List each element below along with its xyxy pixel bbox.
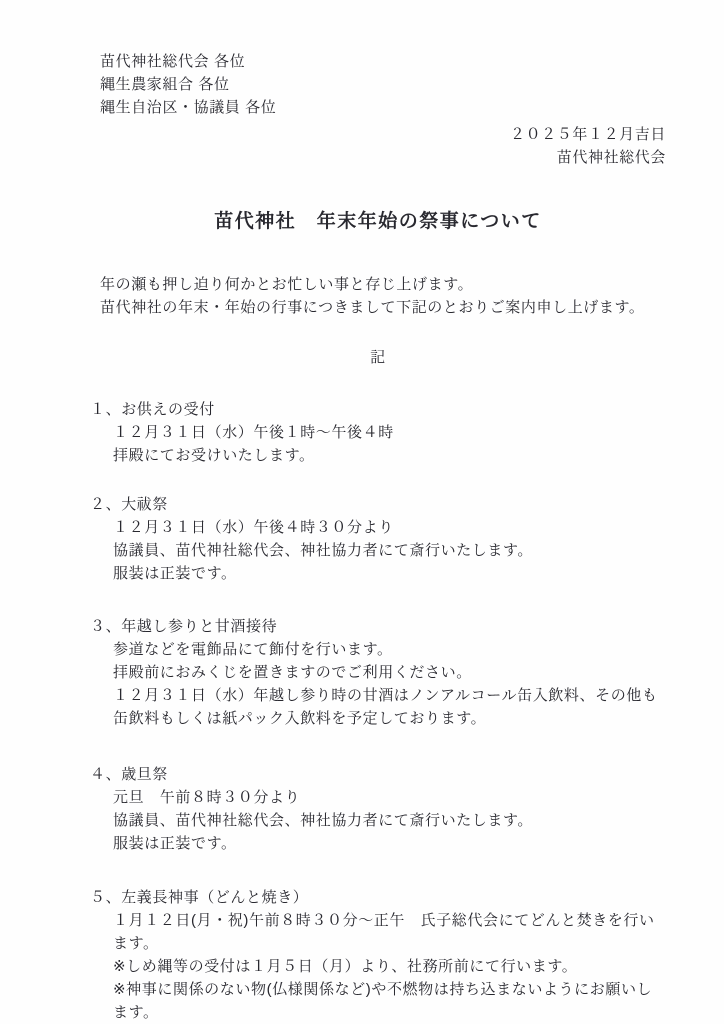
section-new-years-eve-visit: ３、年越し参りと甘酒接待 参道などを電飾品にて飾付を行います。 拝殿前におみくじ… <box>90 615 666 730</box>
section-body-line: 服装は正装です。 <box>113 832 666 855</box>
section-heading: ３、年越し参りと甘酒接待 <box>90 615 666 638</box>
section-heading: ４、歳旦祭 <box>90 763 666 786</box>
section-body-line: 元旦 午前８時３０分より <box>113 786 666 809</box>
section-sagicho-shinji: ５、左義長神事（どんと焼き） １月１２日(月・祝)午前８時３０分〜正午 氏子総代… <box>90 886 666 1024</box>
section-heading: ２、大祓祭 <box>90 493 666 516</box>
section-body-line: 協議員、苗代神社総代会、神社協力者にて斎行いたします。 <box>113 809 666 832</box>
section-body-line: ※しめ縄等の受付は１月５日（月）より、社務所前にて行います。 <box>113 955 666 978</box>
section-body-line: 拝殿にてお受けいたします。 <box>113 444 666 467</box>
document-title: 苗代神社 年末年始の祭事について <box>90 209 666 235</box>
recipient-list: 苗代神社総代会 各位 縄生農家組合 各位 縄生自治区・協議員 各位 <box>100 50 666 119</box>
section-oharae-festival: ２、大祓祭 １２月３１日（水）午後４時３０分より 協議員、苗代神社総代会、神社協… <box>90 493 666 585</box>
record-marker: 記 <box>90 346 666 369</box>
section-offering-reception: １、お供えの受付 １２月３１日（水）午後１時〜午後４時 拝殿にてお受けいたします… <box>90 398 666 467</box>
section-body-line: ※神事に関係のない物(仏様関係など)や不燃物は持ち込まないようにお願いします。 <box>113 978 666 1024</box>
section-saitan-festival: ４、歳旦祭 元旦 午前８時３０分より 協議員、苗代神社総代会、神社協力者にて斎行… <box>90 763 666 855</box>
section-heading: １、お供えの受付 <box>90 398 666 421</box>
date-sender-block: ２０２５年１２月吉日 苗代神社総代会 <box>90 123 666 169</box>
document-page: 苗代神社総代会 各位 縄生農家組合 各位 縄生自治区・協議員 各位 ２０２５年１… <box>0 0 724 1024</box>
intro-line: 苗代神社の年末・年始の行事につきまして下記のとおりご案内申し上げます。 <box>100 296 666 319</box>
recipient-line: 縄生自治区・協議員 各位 <box>100 96 666 119</box>
section-body-line: １２月３１日（水）年越し参り時の甘酒はノンアルコール缶入飲料、その他も <box>113 684 666 707</box>
recipient-line: 苗代神社総代会 各位 <box>100 50 666 73</box>
section-body-line: １２月３１日（水）午後４時３０分より <box>113 516 666 539</box>
document-sender: 苗代神社総代会 <box>90 146 666 169</box>
section-body-line: 缶飲料もしくは紙パック入飲料を予定しております。 <box>113 707 666 730</box>
intro-paragraph: 年の瀬も押し迫り何かとお忙しい事と存じ上げます。 苗代神社の年末・年始の行事につ… <box>100 273 666 319</box>
section-body-line: １２月３１日（水）午後１時〜午後４時 <box>113 421 666 444</box>
section-body-line: 協議員、苗代神社総代会、神社協力者にて斎行いたします。 <box>113 539 666 562</box>
section-body-line: １月１２日(月・祝)午前８時３０分〜正午 氏子総代会にてどんと焚きを行います。 <box>113 909 666 955</box>
section-heading: ５、左義長神事（どんと焼き） <box>90 886 666 909</box>
section-body-line: 参道などを電飾品にて飾付を行います。 <box>113 638 666 661</box>
intro-line: 年の瀬も押し迫り何かとお忙しい事と存じ上げます。 <box>100 273 666 296</box>
section-body-line: 服装は正装です。 <box>113 562 666 585</box>
section-body-line: 拝殿前におみくじを置きますのでご利用ください。 <box>113 661 666 684</box>
document-date: ２０２５年１２月吉日 <box>90 123 666 146</box>
recipient-line: 縄生農家組合 各位 <box>100 73 666 96</box>
